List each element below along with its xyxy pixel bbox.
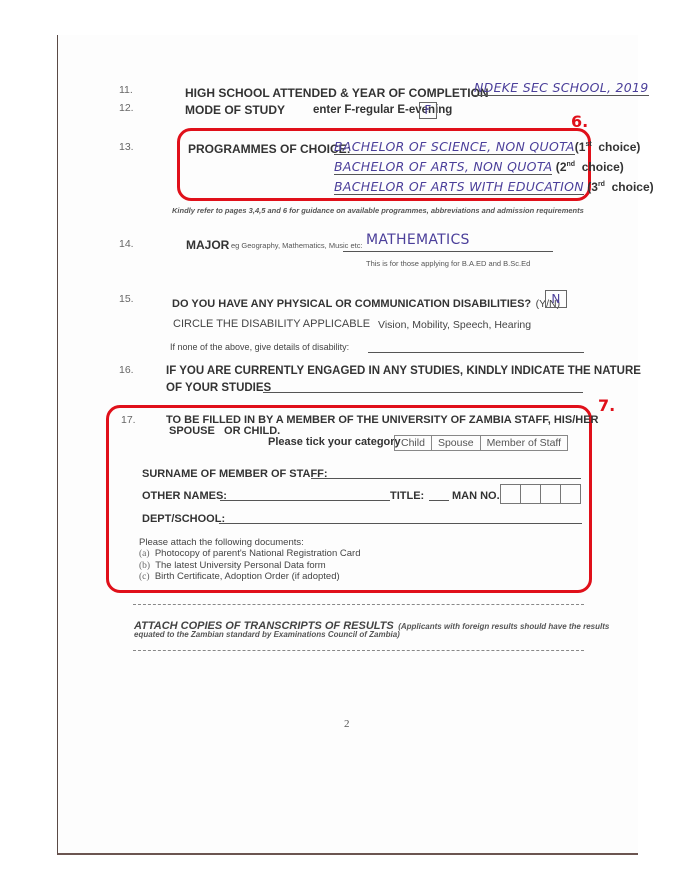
- q11-answer[interactable]: NDEKE SEC SCHOOL, 2019: [474, 80, 649, 96]
- q16-number: 16.: [119, 364, 134, 376]
- q13-choice-1: BACHELOR OF SCIENCE, NON QUOTA(1st choic…: [334, 138, 640, 156]
- category-spouse[interactable]: Spouse: [432, 436, 481, 450]
- q15-other-input-line[interactable]: [368, 352, 584, 353]
- q17-surname-input-line[interactable]: [311, 478, 581, 479]
- q13-choice-3: BACHELOR OF ARTS WITH EDUCATION (3rd cho…: [334, 178, 654, 196]
- q17-number: 17.: [121, 414, 136, 426]
- q17-attachment-a: (a) Photocopy of parent's National Regis…: [139, 548, 360, 559]
- q14-note: This is for those applying for B.A.ED an…: [366, 259, 530, 268]
- q15-question: DO YOU HAVE ANY PHYSICAL OR COMMUNICATIO…: [172, 294, 560, 312]
- q17-man-no-label: MAN NO.: [452, 490, 500, 502]
- q13-note: Kindly refer to pages 3,4,5 and 6 for gu…: [172, 206, 584, 215]
- q17-label-line2: SPOUSE OR CHILD.: [169, 425, 280, 437]
- q15-number: 15.: [119, 293, 134, 305]
- q11-number: 11.: [119, 84, 133, 96]
- q11-label: HIGH SCHOOL ATTENDED & YEAR OF COMPLETIO…: [185, 86, 489, 100]
- man-no-digit-4[interactable]: [561, 485, 580, 503]
- q17-category-prompt: Please tick your category: [268, 436, 401, 448]
- q14-answer[interactable]: MATHEMATICS: [366, 232, 470, 248]
- category-child[interactable]: Child: [395, 436, 432, 450]
- category-member-of-staff[interactable]: Member of Staff: [481, 436, 568, 450]
- man-no-digit-2[interactable]: [521, 485, 541, 503]
- q17-dept-input-line[interactable]: [219, 523, 582, 524]
- q17-title-input-line[interactable]: [429, 500, 449, 501]
- man-no-digit-3[interactable]: [541, 485, 561, 503]
- q15-circle-label: CIRCLE THE DISABILITY APPLICABLE: [173, 318, 370, 330]
- q13-choice-1-answer[interactable]: BACHELOR OF SCIENCE, NON QUOTA: [334, 139, 575, 155]
- q17-dept-label: DEPT/SCHOOL:: [142, 513, 225, 525]
- q17-other-names-label: OTHER NAMES:: [142, 490, 227, 502]
- q14-number: 14.: [119, 238, 134, 250]
- q12-label: MODE OF STUDY: [185, 103, 285, 117]
- q13-choice-3-answer[interactable]: BACHELOR OF ARTS WITH EDUCATION: [334, 179, 584, 195]
- q14-label: MAJOR: [186, 238, 229, 252]
- q13-choice-2: BACHELOR OF ARTS, NON QUOTA (2nd choice): [334, 158, 624, 176]
- q17-attach-intro: Please attach the following documents:: [139, 537, 304, 548]
- q15-other-label: If none of the above, give details of di…: [170, 342, 349, 352]
- q16-label-line2: OF YOUR STUDIES: [166, 382, 271, 394]
- divider-top: [133, 604, 584, 605]
- q12-answer: F: [420, 103, 436, 118]
- q17-surname-label: SURNAME OF MEMBER OF STAFF:: [142, 468, 328, 480]
- q16-answer-line[interactable]: [263, 392, 583, 393]
- divider-bottom: [133, 650, 584, 651]
- q17-title-label: TITLE:: [390, 490, 424, 502]
- q17-other-names-input-line[interactable]: [220, 500, 390, 501]
- q15-options[interactable]: Vision, Mobility, Speech, Hearing: [378, 319, 531, 331]
- q15-answer: N: [546, 291, 566, 307]
- q12-answer-box[interactable]: F: [419, 102, 437, 119]
- transcripts-line2: equated to the Zambian standard by Exami…: [134, 630, 400, 639]
- q13-choice-2-answer[interactable]: BACHELOR OF ARTS, NON QUOTA: [334, 159, 552, 175]
- q16-label-line1: IF YOU ARE CURRENTLY ENGAGED IN ANY STUD…: [166, 365, 641, 377]
- q12-number: 12.: [119, 102, 134, 114]
- man-no-digit-1[interactable]: [501, 485, 521, 503]
- q17-man-no-boxes[interactable]: [500, 484, 581, 504]
- q14-hint: eg Geography, Mathematics, Music etc:: [231, 241, 363, 250]
- q17-attachment-b: (b) The latest University Personal Data …: [139, 560, 326, 571]
- annotation-7-label: 7.: [598, 396, 615, 415]
- q15-answer-box[interactable]: N: [545, 290, 567, 308]
- q17-attachment-c: (c) Birth Certificate, Adoption Order (i…: [139, 571, 340, 582]
- q17-category-options: Child Spouse Member of Staff: [394, 435, 568, 451]
- q13-label: PROGRAMMES OF CHOICE:: [188, 142, 351, 156]
- q13-number: 13.: [119, 141, 134, 153]
- q14-answer-line: [343, 251, 553, 252]
- page-number: 2: [344, 718, 350, 730]
